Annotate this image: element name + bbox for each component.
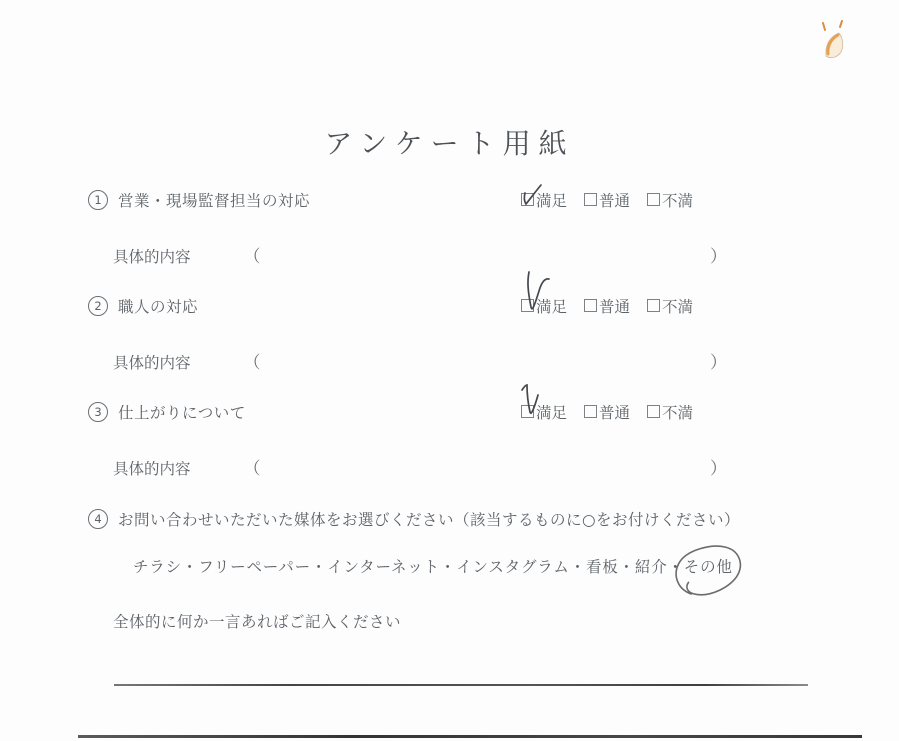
option-satisfied: 満足 [521,296,567,315]
question-1-row: 1 営業・現場監督担当の対応 [88,189,310,211]
option-satisfied: 満足 [521,402,567,421]
checkbox-label: 不満 [662,295,693,317]
detail-label: 具体的内容 [113,354,191,372]
paren-close: ） [710,348,727,373]
question-1-options: 満足 普通 不満 [521,190,710,209]
checkbox-label: 満足 [536,295,567,317]
paren-open: （ [243,459,260,479]
question-2-label: 職人の対応 [118,295,198,317]
option-normal: 普通 [584,402,630,421]
checkbox-label: 普通 [599,189,630,211]
question-3-number: 3 [88,402,108,422]
checkbox-label: 不満 [662,189,693,211]
option-dissatisfied: 不満 [647,190,693,209]
checkbox-satisfied[interactable] [521,299,534,312]
detail-row-2: 具体的内容 （ ） [113,348,753,373]
scan-artifact-orange-mark-icon [814,18,858,64]
checkbox-label: 満足 [536,401,567,423]
checkbox-dissatisfied[interactable] [647,193,660,206]
checkbox-normal[interactable] [584,299,597,312]
question-3-options: 満足 普通 不満 [521,402,710,421]
detail-row-1: 具体的内容 （ ） [113,242,753,267]
answer-line-2 [78,735,862,738]
checkbox-label: 不満 [662,401,693,423]
checkbox-label: 満足 [536,189,567,211]
checkbox-dissatisfied[interactable] [647,299,660,312]
option-dissatisfied: 不満 [647,402,693,421]
checkbox-satisfied[interactable] [521,193,534,206]
checkbox-label: 普通 [599,401,630,423]
checkbox-label: 普通 [599,295,630,317]
checkbox-satisfied[interactable] [521,405,534,418]
paren-close: ） [710,454,727,479]
circled-option-label: その他 [684,558,733,576]
question-1-number: 1 [88,190,108,210]
question-3-row: 3 仕上がりについて [88,401,246,423]
question-4-row: 4 お問い合わせいただいた媒体をお選びください（該当するものに○をお付けください… [88,508,740,530]
checkbox-normal[interactable] [584,405,597,418]
comment-prompt: 全体的に何か一言あればご記入ください [113,610,401,632]
paren-open: （ [243,353,260,373]
checkbox-dissatisfied[interactable] [647,405,660,418]
question-2-number: 2 [88,296,108,316]
question-2-options: 満足 普通 不満 [521,296,710,315]
option-satisfied: 満足 [521,190,567,209]
option-dissatisfied: 不満 [647,296,693,315]
question-4-number: 4 [88,509,108,529]
option-normal: 普通 [584,296,630,315]
media-options-text: チラシ・フリーペーパー・インターネット・インスタグラム・看板・紹介・ [133,558,684,576]
question-4-label: お問い合わせいただいた媒体をお選びください（該当するものに○をお付けください） [118,508,740,530]
question-2-row: 2 職人の対応 [88,295,198,317]
checkbox-normal[interactable] [584,193,597,206]
detail-label: 具体的内容 [113,248,191,266]
scanned-survey-page: アンケート用紙 1 営業・現場監督担当の対応 満足 普通 不満 具体的内容 （ … [0,0,899,741]
paren-close: ） [710,242,727,267]
page-title: アンケート用紙 [0,122,899,162]
option-normal: 普通 [584,190,630,209]
circled-option: その他 [684,555,733,577]
detail-label: 具体的内容 [113,460,191,478]
question-1-label: 営業・現場監督担当の対応 [118,189,310,211]
detail-row-3: 具体的内容 （ ） [113,454,753,479]
question-3-label: 仕上がりについて [118,401,246,423]
media-options-line: チラシ・フリーペーパー・インターネット・インスタグラム・看板・紹介・その他 [133,555,733,577]
answer-line-1 [114,684,808,686]
paren-open: （ [243,247,260,267]
